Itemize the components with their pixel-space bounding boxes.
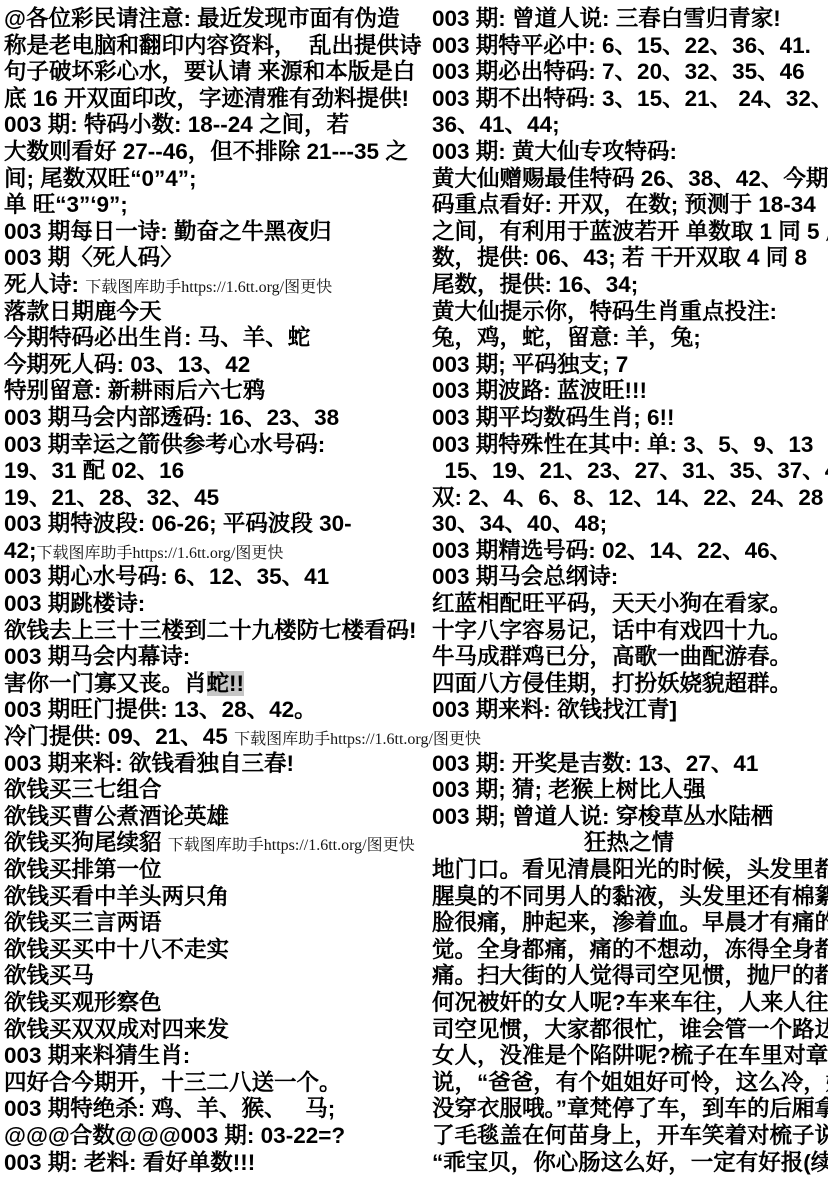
text-line: 大数则看好 27--46，但不排除 21---35 之 [4,139,428,166]
line-text: 003 期: 老料: 看好单数!!! [4,1150,255,1175]
line-text: 欲钱买看中羊头两只角 [4,884,229,909]
scanned-lottery-tip-sheet: @各位彩民请注意: 最近发现市面有伪造称是老电脑和翻印内容资料， 乱出提供诗句子… [0,0,828,1185]
text-line: 30、34、40、48; [432,511,826,538]
text-line: 36、41、44; [432,112,826,139]
text-line: “乖宝贝，你心肠这么好，一定有好报(续) [432,1150,826,1177]
text-line: 003 期平均数码生肖; 6!! [432,405,826,432]
text-line: 落款日期鹿今天 [4,299,428,326]
text-line: 狂热之情 [432,830,826,857]
text-line: 黄大仙赠赐最佳特码 26、38、42、今期特 [432,166,826,193]
text-line: 之间，有利用于蓝波若开 单数取 1 同 5 尾 [432,219,826,246]
line-text: 30、34、40、48; [432,511,607,536]
line-text: 脸很痛，肿起来，渗着血。早晨才有痛的感 [432,910,828,935]
text-line: 地门口。看见清晨阳光的时候，头发里都是 [432,857,826,884]
line-text: 欲钱买三言两语 [4,910,162,935]
text-line: 欲钱去上三十三楼到二十九楼防七楼看码! [4,618,428,645]
text-line: 欲钱买买中十八不走实 [4,937,428,964]
text-line: 四好合今期开，十三二八送一个。 [4,1070,428,1097]
line-text: @各位彩民请注意: 最近发现市面有伪造 [4,6,400,31]
line-text: 003 期波路: 蓝波旺!!! [432,378,647,403]
line-text: 觉。全身都痛，痛的不想动，冻得全身都很 [432,937,828,962]
line-text: 数，提供: 06、43; 若 干开双取 4 同 8 [432,245,807,270]
line-text: 003 期旺门提供: 13、28、42。 [4,697,317,722]
line-text: 003 期必出特码: 7、20、32、35、46 [432,59,805,84]
text-line: 003 期波路: 蓝波旺!!! [432,378,826,405]
text-line: 司空见惯，大家都很忙，谁会管一个路边的 [432,1017,826,1044]
text-line: 欲钱买三七组合 [4,777,428,804]
line-text: 欲钱买曹公煮酒论英雄 [4,804,229,829]
line-text: 003 期来料: 欲钱找江青] [432,697,677,722]
text-line: 003 期旺门提供: 13、28、42。 [4,697,428,724]
line-text: 痛。扫大街的人觉得司空见惯，抛尸的都有 [432,963,828,988]
line-text: 欲钱买马 [4,963,94,988]
line-text: 003 期; 曾道人说: 穿梭草丛水陆栖 [432,804,773,829]
text-line: 003 期特殊性在其中: 单: 3、5、9、13 [432,432,826,459]
text-line: 何况被奸的女人呢?车来车往，人来人往， [432,990,826,1017]
line-text: 间; 尾数双旺“0”4”; [4,166,197,191]
highlighted-text: 蛇!! [207,671,245,696]
text-line: 码重点看好: 开双，在数; 预测于 18-34 [432,192,826,219]
text-line: 死人诗: 下载图库助手https://1.6tt.org/图更快 [4,272,428,299]
line-text: 欲钱去上三十三楼到二十九楼防七楼看码! [4,618,417,643]
line-text: 003 期马会总纲诗: [432,564,618,589]
line-text: 了毛毯盖在何苗身上，开车笑着对梳子说， [432,1123,828,1148]
text-line: 没穿衣服哦。”章梵停了车，到车的后厢拿 [432,1096,826,1123]
text-line: 欲钱买排第一位 [4,857,428,884]
text-line: 003 期特平必中: 6、15、22、36、41. [432,33,826,60]
line-text: 003 期平均数码生肖; 6!! [432,405,675,430]
text-line: 痛。扫大街的人觉得司空见惯，抛尸的都有 [432,963,826,990]
line-text: 003 期特平必中: 6、15、22、36、41. [432,33,811,58]
line-text: 落款日期鹿今天 [4,299,162,324]
line-text: 码重点看好: 开双，在数; 预测于 18-34 [432,192,816,217]
line-text: 特别留意: 新耕雨后六七鸦 [4,378,265,403]
text-line: 欲钱买曹公煮酒论英雄 [4,804,428,831]
text-line: 称是老电脑和翻印内容资料， 乱出提供诗 [4,33,428,60]
line-text: 15、19、21、23、27、31、35、37、41; [432,458,828,483]
text-line: 003 期精选号码: 02、14、22、46、 [432,538,826,565]
line-text: 003 期: 黄大仙专攻特码: [432,139,677,164]
text-line: 003 期跳楼诗: [4,591,428,618]
line-text: 003 期幸运之箭供参考心水号码: [4,432,325,457]
line-text: 称是老电脑和翻印内容资料， 乱出提供诗 [4,33,422,58]
line-text: 双: 2、4、6、8、12、14、22、24、28 [432,485,823,510]
line-text: 003 期〈死人码〉 [4,245,183,270]
text-line: 003 期特绝杀: 鸡、羊、猴、 马; [4,1096,428,1123]
watermark-text: 下载图库助手https://1.6tt.org/图更快 [85,279,332,296]
line-text: 003 期; 平码独支; 7 [432,352,628,377]
text-line: 003 期: 黄大仙专攻特码: [432,139,826,166]
text-line: 003 期来料: 欲钱看独自三春! [4,751,428,778]
text-line: 003 期〈死人码〉 [4,245,428,272]
text-line: 欲钱买三言两语 [4,910,428,937]
text-line: 十字八字容易记，话中有戏四十九。 [432,618,826,645]
text-line: 欲钱买观形察色 [4,990,428,1017]
text-line: 003 期幸运之箭供参考心水号码: [4,432,428,459]
text-line: 19、31 配 02、16 [4,458,428,485]
text-line: 003 期: 特码小数: 18--24 之间，若 [4,112,428,139]
text-line: 底 16 开双面印改，字迹清雅有劲料提供! [4,86,428,113]
line-text: 欲钱买排第一位 [4,857,162,882]
line-text: 句子破坏彩心水，要认请 来源和本版是白 [4,59,415,84]
text-line: 欲钱买狗尾续貂 下载图库助手https://1.6tt.org/图更快 [4,830,428,857]
right-text-column: 003 期: 曾道人说: 三春白雪归青家!003 期特平必中: 6、15、22、… [432,6,826,1176]
line-text: 003 期来料: 欲钱看独自三春! [4,751,294,776]
line-text: 四好合今期开，十三二八送一个。 [4,1070,342,1095]
line-text: 003 期特波段: 06-26; 平码波段 30- [4,511,352,536]
text-line: 003 期: 开奖是吉数: 13、27、41 [432,751,826,778]
line-text: “乖宝贝，你心肠这么好，一定有好报(续) [432,1150,828,1175]
line-text: 害你一门寡又丧。肖 [4,671,207,696]
line-text: 欲钱买三七组合 [4,777,162,802]
line-text: @@@合数@@@003 期: 03-22=? [4,1123,345,1148]
line-text: 红蓝相配旺平码，天天小狗在看家。 [432,591,792,616]
line-text: 欲钱买狗尾续貂 [4,830,168,855]
line-text: 003 期; 猜; 老猴上树比人强 [432,777,706,802]
text-line: 尾数，提供: 16、34; [432,272,826,299]
line-text: 003 期跳楼诗: [4,591,145,616]
text-line: 四面八方侵佳期，打扮妖娆貌超群。 [432,671,826,698]
line-text: 003 期马会内部透码: 16、23、38 [4,405,339,430]
text-line: 黄大仙提示你，特码生肖重点投注: [432,299,826,326]
text-line: 间; 尾数双旺“0”4”; [4,166,428,193]
text-line: 003 期特波段: 06-26; 平码波段 30- [4,511,428,538]
text-line: 003 期马会内幕诗: [4,644,428,671]
text-line: 003 期必出特码: 7、20、32、35、46 [432,59,826,86]
text-line: 003 期心水号码: 6、12、35、41 [4,564,428,591]
text-line: 003 期每日一诗: 勤奋之牛黑夜归 [4,219,428,246]
line-text: 冷门提供: 09、21、45 [4,724,234,749]
line-text: 底 16 开双面印改，字迹清雅有劲料提供! [4,86,409,111]
line-text: 十字八字容易记，话中有戏四十九。 [432,618,792,643]
line-text: 今期死人码: 03、13、42 [4,352,250,377]
line-text: 42; [4,538,37,563]
line-text: 003 期特殊性在其中: 单: 3、5、9、13 [432,432,813,457]
line-text: 003 期: 曾道人说: 三春白雪归青家! [432,6,781,31]
line-text: 尾数，提供: 16、34; [432,272,638,297]
text-line: 今期死人码: 03、13、42 [4,352,428,379]
text-line: 003 期; 平码独支; 7 [432,352,826,379]
text-line: 003 期: 曾道人说: 三春白雪归青家! [432,6,826,33]
line-text: 没穿衣服哦。”章梵停了车，到车的后厢拿 [432,1096,828,1121]
text-line: 003 期来料猜生肖: [4,1043,428,1070]
text-line: 15、19、21、23、27、31、35、37、41; [432,458,826,485]
line-text: 003 期: 特码小数: 18--24 之间，若 [4,112,349,137]
text-line [432,724,826,751]
text-line: 欲钱买马 [4,963,428,990]
line-text: 19、21、28、32、45 [4,485,219,510]
text-line: 欲钱买看中羊头两只角 [4,884,428,911]
line-text: 003 期精选号码: 02、14、22、46、 [432,538,792,563]
text-line: 觉。全身都痛，痛的不想动，冻得全身都很 [432,937,826,964]
text-line: 003 期不出特码: 3、15、21、 24、32、 [432,86,826,113]
text-line: 今期特码必出生肖: 马、羊、蛇 [4,325,428,352]
text-line: 003 期来料: 欲钱找江青] [432,697,826,724]
line-text: 女人，没准是个陷阱呢?梳子在车里对章梵 [432,1043,828,1068]
line-text: 司空见惯，大家都很忙，谁会管一个路边的 [432,1017,828,1042]
text-line: 红蓝相配旺平码，天天小狗在看家。 [432,591,826,618]
line-text: 牛马成群鸡已分，高歌一曲配游春。 [432,644,792,669]
line-text: 36、41、44; [432,112,560,137]
line-text: 兔，鸡，蛇，留意: 羊，兔; [432,325,701,350]
text-line: 单 旺“3”‘9”; [4,192,428,219]
text-line: @各位彩民请注意: 最近发现市面有伪造 [4,6,428,33]
line-text: 何况被奸的女人呢?车来车往，人来人往， [432,990,828,1015]
text-line: 腥臭的不同男人的黏液，头发里还有棉絮， [432,884,826,911]
text-line: 003 期; 曾道人说: 穿梭草丛水陆栖 [432,804,826,831]
line-text: 黄大仙提示你，特码生肖重点投注: [432,299,777,324]
text-line: 牛马成群鸡已分，高歌一曲配游春。 [432,644,826,671]
text-line: 脸很痛，肿起来，渗着血。早晨才有痛的感 [432,910,826,937]
line-text: 003 期每日一诗: 勤奋之牛黑夜归 [4,219,332,244]
text-line: 003 期: 老料: 看好单数!!! [4,1150,428,1177]
line-text: 说，“爸爸，有个姐姐好可怜，这么冷，她 [432,1070,828,1095]
line-text: 欲钱买双双成对四来发 [4,1017,229,1042]
line-text: 003 期不出特码: 3、15、21、 24、32、 [432,86,828,111]
text-line: 句子破坏彩心水，要认请 来源和本版是白 [4,59,428,86]
left-text-column: @各位彩民请注意: 最近发现市面有伪造称是老电脑和翻印内容资料， 乱出提供诗句子… [4,6,428,1176]
text-line: 19、21、28、32、45 [4,485,428,512]
line-text: 003 期来料猜生肖: [4,1043,190,1068]
text-line: 数，提供: 06、43; 若 干开双取 4 同 8 [432,245,826,272]
line-text: 欲钱买观形察色 [4,990,162,1015]
text-line: 003 期马会内部透码: 16、23、38 [4,405,428,432]
text-line: 冷门提供: 09、21、45 下载图库助手https://1.6tt.org/图… [4,724,428,751]
line-text: 黄大仙赠赐最佳特码 26、38、42、今期特 [432,166,828,191]
text-line: 双: 2、4、6、8、12、14、22、24、28 [432,485,826,512]
watermark-text: 下载图库助手https://1.6tt.org/图更快 [168,837,415,854]
line-text: 地门口。看见清晨阳光的时候，头发里都是 [432,857,828,882]
line-text: 欲钱买买中十八不走实 [4,937,229,962]
line-text: 003 期马会内幕诗: [4,644,190,669]
text-line: 003 期马会总纲诗: [432,564,826,591]
text-line: 了毛毯盖在何苗身上，开车笑着对梳子说， [432,1123,826,1150]
line-text: 狂热之情 [584,830,674,855]
text-line: 42;下载图库助手https://1.6tt.org/图更快 [4,538,428,565]
line-text: 之间，有利用于蓝波若开 单数取 1 同 5 尾 [432,219,828,244]
text-line: @@@合数@@@003 期: 03-22=? [4,1123,428,1150]
text-line: 说，“爸爸，有个姐姐好可怜，这么冷，她 [432,1070,826,1097]
line-text: 死人诗: [4,272,85,297]
line-text: 003 期心水号码: 6、12、35、41 [4,564,329,589]
line-text: 今期特码必出生肖: 马、羊、蛇 [4,325,310,350]
line-text: 003 期特绝杀: 鸡、羊、猴、 马; [4,1096,335,1121]
text-line: 003 期; 猜; 老猴上树比人强 [432,777,826,804]
text-line: 女人，没准是个陷阱呢?梳子在车里对章梵 [432,1043,826,1070]
text-line: 害你一门寡又丧。肖蛇!! [4,671,428,698]
line-text: 大数则看好 27--46，但不排除 21---35 之 [4,139,408,164]
line-text: 19、31 配 02、16 [4,458,184,483]
line-text: 四面八方侵佳期，打扮妖娆貌超群。 [432,671,792,696]
text-line: 兔，鸡，蛇，留意: 羊，兔; [432,325,826,352]
line-text: 003 期: 开奖是吉数: 13、27、41 [432,751,758,776]
line-text: 单 旺“3”‘9”; [4,192,128,217]
line-text: 腥臭的不同男人的黏液，头发里还有棉絮， [432,884,828,909]
text-line: 特别留意: 新耕雨后六七鸦 [4,378,428,405]
watermark-text: 下载图库助手https://1.6tt.org/图更快 [37,545,284,562]
text-line: 欲钱买双双成对四来发 [4,1017,428,1044]
